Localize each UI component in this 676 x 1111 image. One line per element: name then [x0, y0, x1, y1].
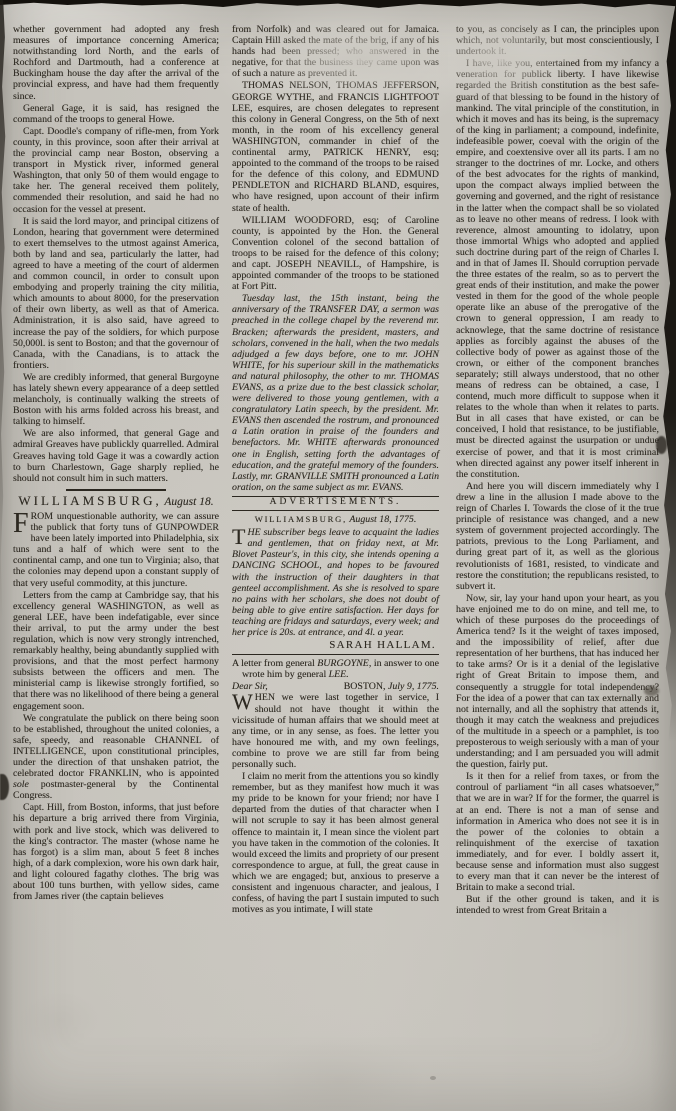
- roman-text: I have, like you, entertained from my in…: [456, 58, 659, 479]
- roman-text: Letters from the camp at Cambridge say, …: [13, 590, 219, 712]
- paragraph: We are credibly informed, that general B…: [13, 372, 219, 427]
- paragraph: Capt. Hill, from Boston, informs, that j…: [13, 802, 219, 902]
- roman-text: ROM unquestionable authority, we can ass…: [13, 511, 219, 589]
- roman-text: Now, sir, lay your hand upon your heart,…: [456, 593, 659, 770]
- headline-date: August 18.: [162, 496, 214, 508]
- roman-text: THOMAS NELSON, THOMAS JEFFERSON, GEORGE …: [232, 80, 439, 213]
- roman-text: BOSTON,: [344, 681, 388, 692]
- paragraph: It is said the lord mayor, and principal…: [13, 216, 219, 371]
- paragraph: We are also informed, that general Gage …: [13, 428, 219, 483]
- ad-dateline: WILLIAMSBURG, August 18, 1775.: [232, 514, 439, 525]
- column-middle: from Norfolk) and was cleared out for Ja…: [232, 24, 439, 916]
- paragraph: to you, as concisely as I can, the princ…: [456, 24, 659, 57]
- roman-text: Capt. Doodle's company of rifle-men, fro…: [13, 126, 219, 215]
- signature: SARAH HALLAM.: [232, 640, 436, 651]
- salutation: Dear Sir,: [232, 681, 268, 692]
- paragraph: whether government had adopted any fresh…: [13, 24, 219, 102]
- roman-text: We are also informed, that general Gage …: [13, 428, 219, 483]
- column-right: to you, as concisely as I can, the princ…: [456, 24, 659, 918]
- italic-text: July 9, 1775.: [388, 681, 439, 692]
- paper-speck: [430, 1076, 436, 1080]
- paragraph: A letter from general BURGOYNE, in answe…: [232, 658, 439, 680]
- roman-text: I claim no merit from the attentions you…: [232, 771, 439, 915]
- paragraph: THE subscriber begs leave to acquaint th…: [232, 527, 439, 638]
- paragraph: from Norfolk) and was cleared out for Ja…: [232, 24, 439, 79]
- page-top-torn-edge: [0, 0, 676, 9]
- roman-text: It is said the lord mayor, and principal…: [13, 216, 219, 371]
- paragraph: FROM unquestionable authority, we can as…: [13, 511, 219, 589]
- roman-text: postmaster-general by the Continental Co…: [13, 779, 219, 801]
- paragraph: But if the other ground is taken, and it…: [456, 894, 659, 916]
- paragraph: I claim no merit from the attentions you…: [232, 771, 439, 915]
- paragraph: THOMAS NELSON, THOMAS JEFFERSON, GEORGE …: [232, 80, 439, 213]
- roman-text: WILLIAM WOODFORD, esq; of Caroline count…: [232, 215, 439, 293]
- advertisements-heading-box: ADVERTISEMENTS.: [232, 496, 439, 511]
- ad-date: August 18, 1775.: [347, 514, 416, 525]
- roman-text: We congratulate the publick on there bei…: [13, 713, 219, 779]
- newspaper-page: whether government had adopted any fresh…: [0, 0, 676, 1111]
- italic-text: sole: [13, 779, 29, 790]
- headline-place: WILLIAMSBURG,: [18, 493, 161, 508]
- paragraph: Letters from the camp at Cambridge say, …: [13, 590, 219, 712]
- drop-cap-letter: F: [13, 511, 31, 536]
- paragraph: Tuesday last, the 15th instant, being th…: [232, 293, 439, 493]
- paragraph: Now, sir, lay your hand upon your heart,…: [456, 593, 659, 771]
- roman-text: from Norfolk) and was cleared out for Ja…: [232, 24, 439, 79]
- drop-cap-letter: W: [232, 692, 255, 711]
- letter-date: BOSTON, July 9, 1775.: [344, 681, 439, 692]
- dateline-headline: WILLIAMSBURG, August 18.: [13, 495, 219, 508]
- italic-text: BURGOYNE,: [317, 658, 371, 669]
- advertisements-heading: ADVERTISEMENTS.: [232, 497, 439, 508]
- paragraph: General Gage, it is said, has resigned t…: [13, 103, 219, 125]
- roman-text: HE subscriber begs leave to acquaint the…: [232, 527, 439, 638]
- roman-text: Tuesday last, the 15th instant, being th…: [232, 293, 439, 493]
- paragraph: WILLIAM WOODFORD, esq; of Caroline count…: [232, 215, 439, 293]
- paragraph: We congratulate the publick on there bei…: [13, 713, 219, 802]
- separator-rule: [232, 654, 439, 655]
- ad-place: WILLIAMSBURG,: [255, 514, 347, 524]
- roman-text: Is it then for a relief from taxes, or f…: [456, 771, 659, 893]
- letter-salutation-line: Dear Sir,BOSTON, July 9, 1775.: [232, 681, 439, 692]
- paragraph: I have, like you, entertained from my in…: [456, 58, 659, 480]
- page-right-edge-shadow: [659, 2, 676, 742]
- drop-cap-letter: T: [232, 527, 247, 546]
- roman-text: HEN we were last together in service, I …: [232, 692, 439, 770]
- roman-text: But if the other ground is taken, and it…: [456, 894, 659, 916]
- ink-blot: [0, 774, 9, 800]
- paragraph: WHEN we were last together in service, I…: [232, 692, 439, 770]
- roman-text: General Gage, it is said, has resigned t…: [13, 103, 219, 125]
- roman-text: to you, as concisely as I can, the princ…: [456, 24, 659, 57]
- separator-rule: [66, 489, 166, 491]
- paragraph: Capt. Doodle's company of rifle-men, fro…: [13, 126, 219, 215]
- italic-text: LEE.: [329, 669, 349, 680]
- paragraph: And here you will discern immediately wh…: [456, 481, 659, 592]
- roman-text: Capt. Hill, from Boston, informs, that j…: [13, 802, 219, 902]
- roman-text: A letter from general: [232, 658, 317, 669]
- paragraph: Is it then for a relief from taxes, or f…: [456, 771, 659, 893]
- roman-text: We are credibly informed, that general B…: [13, 372, 219, 427]
- roman-text: And here you will discern immediately wh…: [456, 481, 659, 592]
- column-left: whether government had adopted any fresh…: [13, 24, 219, 903]
- page-left-edge-shadow: [0, 0, 7, 620]
- roman-text: whether government had adopted any fresh…: [13, 24, 219, 102]
